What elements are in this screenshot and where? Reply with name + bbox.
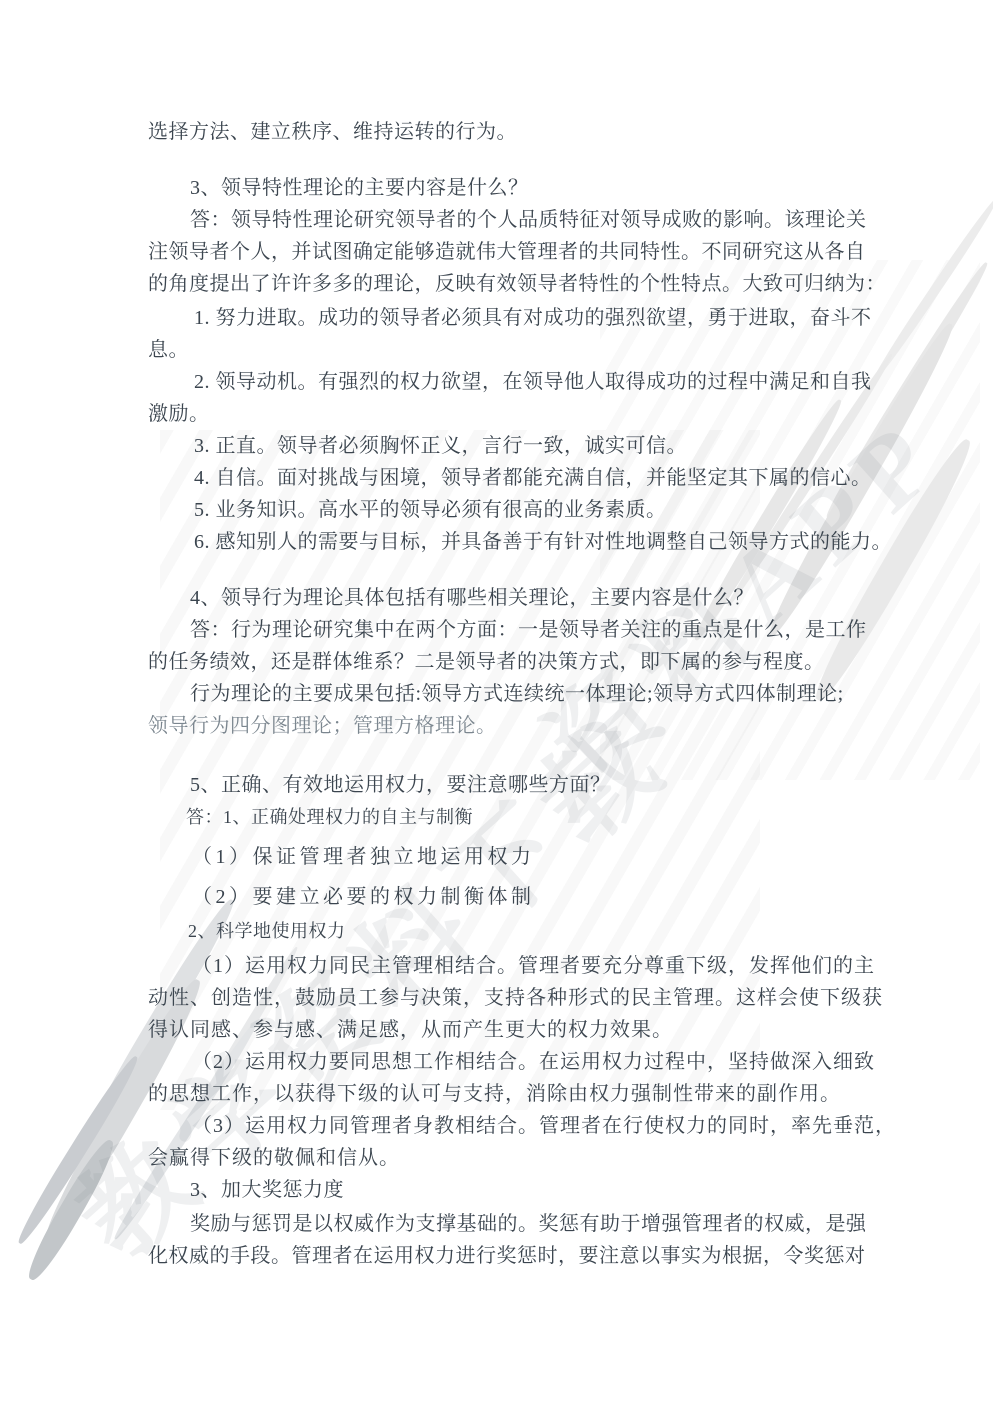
document-page: 教学资料下载 资料APP 选择方法、建立秩序、维持运转的行为。3、领导特性理论的… [0, 0, 993, 1404]
text-line: 4. 自信。面对挑战与困境，领导者都能充满自信，并能坚定其下属的信心。 [148, 462, 872, 494]
text-line: 3、加大奖惩力度 [148, 1174, 872, 1206]
text-line: 的角度提出了许许多多的理论，反映有效领导者特性的个性特点。大致可归纳为： [148, 268, 872, 300]
text-line: 息。 [148, 334, 872, 366]
document-body: 选择方法、建立秩序、维持运转的行为。3、领导特性理论的主要内容是什么？答：领导特… [148, 116, 872, 1272]
text-line: （1）运用权力同民主管理相结合。管理者要充分尊重下级，发挥他们的主 [148, 950, 872, 982]
text-line: （2）运用权力要同思想工作相结合。在运用权力过程中，坚持做深入细致 [148, 1046, 872, 1078]
text-line: 3、领导特性理论的主要内容是什么？ [148, 172, 872, 204]
text-line: （3）运用权力同管理者身教相结合。管理者在行使权力的同时，率先垂范， [148, 1110, 872, 1142]
text-line: 化权威的手段。管理者在运用权力进行奖惩时，要注意以事实为根据，令奖惩对 [148, 1240, 872, 1272]
text-line: 答：领导特性理论研究领导者的个人品质特征对领导成败的影响。该理论关 [148, 204, 872, 236]
text-line: 6. 感知别人的需要与目标，并具备善于有针对性地调整自己领导方式的能力。 [148, 526, 872, 558]
text-line: （1）保证管理者独立地运用权力 [148, 841, 872, 873]
text-line: 注领导者个人，并试图确定能够造就伟大管理者的共同特性。不同研究这从各自 [148, 236, 872, 268]
text-line: 答：1、正确处理权力的自主与制衡 [148, 801, 872, 833]
text-line: 3. 正直。领导者必须胸怀正义，言行一致，诚实可信。 [148, 430, 872, 462]
text-line: 5. 业务知识。高水平的领导必须有很高的业务素质。 [148, 494, 872, 526]
brush-stroke-decoration [21, 1135, 120, 1285]
text-line: 行为理论的主要成果包括:领导方式连续统一体理论;领导方式四体制理论; [148, 678, 872, 710]
text-line: 2、科学地使用权力 [148, 915, 872, 947]
brush-stroke-decoration [869, 196, 993, 384]
text-line: 答：行为理论研究集中在两个方面：一是领导者关注的重点是什么，是工作 [148, 614, 872, 646]
text-line: 2. 领导动机。有强烈的权力欲望，在领导他人取得成功的过程中满足和自我 [148, 366, 872, 398]
text-line: 动性、创造性，鼓励员工参与决策，支持各种形式的民主管理。这样会使下级获 [148, 982, 872, 1014]
text-line: 奖励与惩罚是以权威作为支撑基础的。奖惩有助于增强管理者的权威，是强 [148, 1208, 872, 1240]
text-line: 会赢得下级的敬佩和信从。 [148, 1142, 872, 1174]
text-line: 领导行为四分图理论；管理方格理论。 [148, 710, 872, 742]
text-line: 4、领导行为理论具体包括有哪些相关理论，主要内容是什么？ [148, 582, 872, 614]
text-line: （2）要建立必要的权力制衡体制 [148, 881, 872, 913]
text-line: 的任务绩效，还是群体维系？二是领导者的决策方式，即下属的参与程度。 [148, 646, 872, 678]
brush-stroke-decoration [13, 1052, 143, 1247]
text-line: 5、正确、有效地运用权力，要注意哪些方面？ [148, 769, 872, 801]
text-line: 1. 努力进取。成功的领导者必须具有对成功的强烈欲望，勇于进取，奋斗不 [148, 302, 872, 334]
text-line: 激励。 [148, 398, 872, 430]
text-line: 选择方法、建立秩序、维持运转的行为。 [148, 116, 872, 148]
text-line: 的思想工作，以获得下级的认可与支持，消除由权力强制性带来的副作用。 [148, 1078, 872, 1110]
text-line: 得认同感、参与感、满足感，从而产生更大的权力效果。 [148, 1014, 872, 1046]
